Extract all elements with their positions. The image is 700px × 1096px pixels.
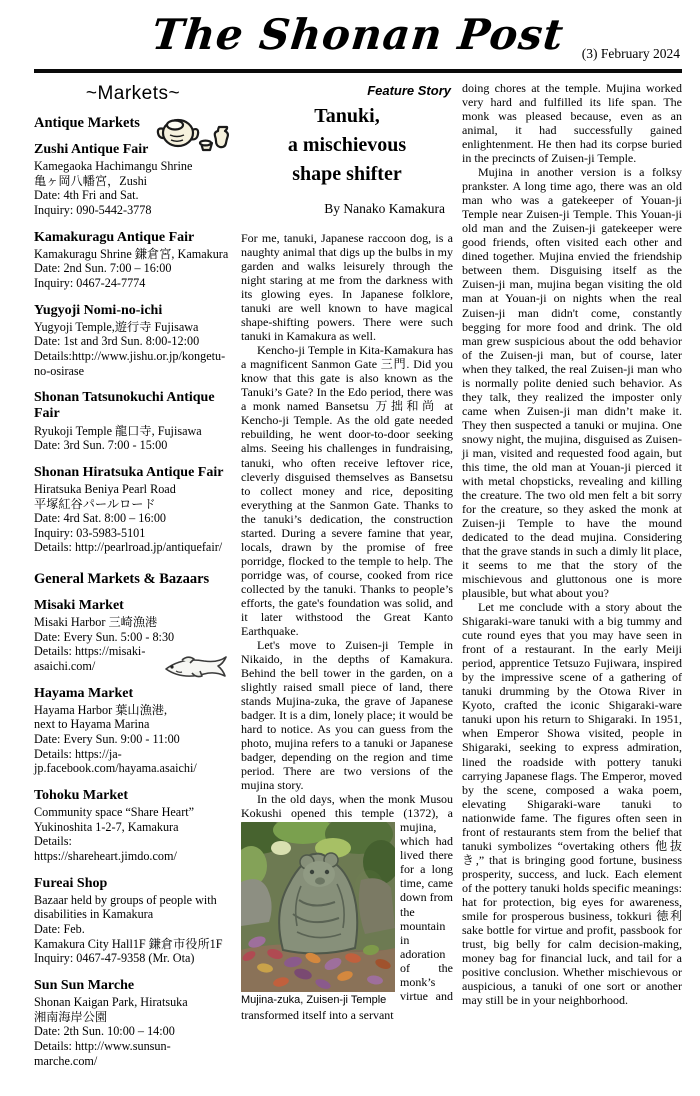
market-detail: Inquiry: 090-5442-3778 <box>34 203 232 218</box>
market-detail: Kamakura City Hall1F 鎌倉市役所1F <box>34 937 232 952</box>
general-markets-heading: General Markets & Bazaars <box>34 571 232 588</box>
feature-title-line: Tanuki, <box>241 102 453 131</box>
market-detail: Ryukoji Temple 龍口寺, Fujisawa <box>34 424 232 439</box>
market-detail: Details: http://www.sunsun-marche.com/ <box>34 1039 232 1068</box>
market-name: Fureai Shop <box>34 876 232 892</box>
market-detail: Inquiry: 03-5983-5101 <box>34 526 232 541</box>
market-entry-sunsun: Sun Sun Marche Shonan Kaigan Park, Hirat… <box>34 978 232 1068</box>
masthead-rule <box>34 69 682 73</box>
market-detail: Hiratsuka Beniya Pearl Road <box>34 482 232 497</box>
market-detail: 平塚紅谷パールロード <box>34 497 232 512</box>
market-name: Tohoku Market <box>34 788 232 804</box>
feature-column: Feature Story Tanuki, a mischievous shap… <box>241 81 453 1080</box>
market-detail: Details: https://ja-jp.facebook.com/haya… <box>34 747 232 776</box>
market-name: Sun Sun Marche <box>34 978 232 994</box>
market-detail: Date: 4th Fri and Sat. <box>34 188 232 203</box>
issue-date: (3) February 2024 <box>582 46 680 62</box>
market-name: Misaki Market <box>34 598 232 614</box>
byline: By Nanako Kamakura <box>241 201 445 217</box>
market-detail: Inquiry: 0467-47-9358 (Mr. Ota) <box>34 951 232 966</box>
market-detail: Kamegaoka Hachimangu Shrine <box>34 159 232 174</box>
feature-kicker: Feature Story <box>241 83 451 98</box>
article-paragraph: Let's move to Zuisen-ji Temple in Nikaid… <box>241 638 453 792</box>
feature-title-line: shape shifter <box>241 160 453 189</box>
masthead: The Shonan Post (3) February 2024 <box>34 6 682 64</box>
feature-title: Tanuki, a mischievous shape shifter <box>241 102 453 189</box>
market-entry-fureai: Fureai Shop Bazaar held by groups of peo… <box>34 876 232 966</box>
market-detail: Date: 2th Sun. 10:00 – 14:00 <box>34 1024 232 1039</box>
market-detail: Date: Every Sun. 9:00 - 11:00 <box>34 732 232 747</box>
market-entry-tohoku: Tohoku Market Community space “Share Hea… <box>34 788 232 864</box>
market-name: Shonan Tatsunokuchi Antique Fair <box>34 390 232 422</box>
page-columns: ~Markets~ Antique Markets <box>34 81 682 1080</box>
market-detail: next to Hayama Marina <box>34 717 232 732</box>
market-detail: Date: 3rd Sun. 7:00 - 15:00 <box>34 438 232 453</box>
market-detail: Details: https://misaki-asaichi.com/ <box>34 644 152 673</box>
article-paragraph: Kencho-ji Temple in Kita-Kamakura has a … <box>241 343 453 638</box>
markets-heading: ~Markets~ <box>34 83 232 105</box>
market-detail: Misaki Harbor 三崎漁港 <box>34 615 232 630</box>
market-detail: Details:http://www.jishu.or.jp/kongetu-n… <box>34 349 232 378</box>
market-name: Shonan Hiratsuka Antique Fair <box>34 465 232 481</box>
market-name: Kamakuragu Antique Fair <box>34 230 232 246</box>
photo-block: Mujina-zuka, Zuisen-ji Temple <box>241 822 395 1007</box>
market-entry-zushi: Zushi Antique Fair Kamegaoka Hachimangu … <box>34 142 232 218</box>
market-detail: Hayama Harbor 葉山漁港, <box>34 703 232 718</box>
article-paragraph-with-photo: In the old days, when the monk Musou Kok… <box>241 792 453 1021</box>
article-paragraph: Mujina in another version is a folksy pr… <box>462 165 682 600</box>
market-name: Zushi Antique Fair <box>34 142 232 158</box>
market-entry-tatsunokuchi: Shonan Tatsunokuchi Antique Fair Ryukoji… <box>34 390 232 452</box>
mujina-zuka-photo <box>241 822 395 992</box>
newspaper-page: The Shonan Post (3) February 2024 ~Marke… <box>0 0 700 1080</box>
market-detail: 湘南海岸公園 <box>34 1010 232 1025</box>
market-detail: Date: 4rd Sat. 8:00 – 16:00 <box>34 511 232 526</box>
market-name: Hayama Market <box>34 686 232 702</box>
article-paragraph: doing chores at the temple. Mujina worke… <box>462 81 682 165</box>
market-entry-hayama: Hayama Market Hayama Harbor 葉山漁港, next t… <box>34 686 232 776</box>
article-paragraph: For me, tanuki, Japanese raccoon dog, is… <box>241 231 453 343</box>
antique-section-header: Antique Markets <box>34 115 232 132</box>
market-detail: Yugyoji Temple,遊行寺 Fujisawa <box>34 320 232 335</box>
market-detail: https://shareheart.jimdo.com/ <box>34 849 232 864</box>
market-detail: Details: http://pearlroad.jp/antiquefair… <box>34 540 232 555</box>
market-detail: Date: 1st and 3rd Sun. 8:00-12:00 <box>34 334 232 349</box>
market-entry-yugyoji: Yugyoji Nomi-no-ichi Yugyoji Temple,遊行寺 … <box>34 303 232 379</box>
market-detail: Details: <box>34 834 232 849</box>
fish-icon <box>162 651 236 688</box>
market-detail: Shonan Kaigan Park, Hiratsuka <box>34 995 232 1010</box>
market-detail: 亀ヶ岡八幡宮，Zushi <box>34 174 232 189</box>
market-detail: Date: Feb. <box>34 922 232 937</box>
market-entry-kamakuragu: Kamakuragu Antique Fair Kamakuragu Shrin… <box>34 230 232 291</box>
market-entry-hiratsuka: Shonan Hiratsuka Antique Fair Hiratsuka … <box>34 465 232 555</box>
continuation-column: doing chores at the temple. Mujina worke… <box>462 81 682 1080</box>
article-paragraph: Let me conclude with a story about the S… <box>462 600 682 1007</box>
photo-caption: Mujina-zuka, Zuisen-ji Temple <box>241 994 386 1006</box>
market-name: Yugyoji Nomi-no-ichi <box>34 303 232 319</box>
market-detail: Date: 2nd Sun. 7:00 – 16:00 <box>34 261 232 276</box>
market-detail: Yukinoshita 1-2-7, Kamakura <box>34 820 232 835</box>
market-detail: Bazaar held by groups of people with dis… <box>34 893 232 922</box>
feature-title-line: a mischievous <box>241 131 453 160</box>
market-detail: Inquiry: 0467-24-7774 <box>34 276 232 291</box>
market-detail: Community space “Share Heart” <box>34 805 232 820</box>
markets-column: ~Markets~ Antique Markets <box>34 81 232 1080</box>
market-detail: Date: Every Sun. 5:00 - 8:30 <box>34 630 232 645</box>
market-entry-misaki: Misaki Market Misaki Harbor 三崎漁港 Date: E… <box>34 598 232 674</box>
market-detail: Kamakuragu Shrine 鎌倉宮, Kamakura <box>34 247 232 262</box>
